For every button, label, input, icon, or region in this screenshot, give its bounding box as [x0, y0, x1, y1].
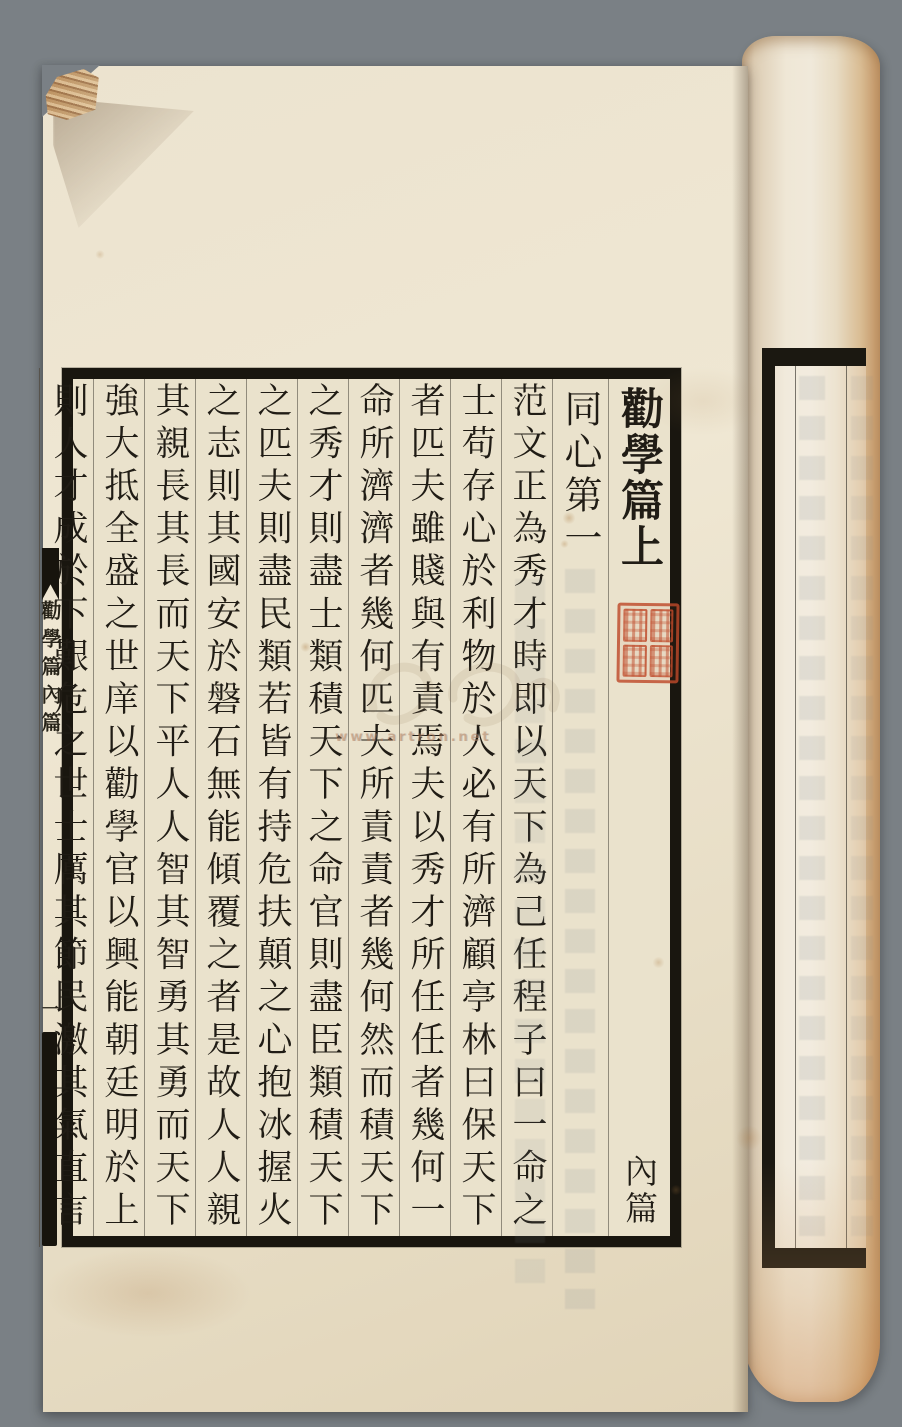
stain-patch — [643, 366, 763, 436]
book-page: 勸學篇內篇 一 勸學篇上內篇同心第一范文正為秀才時即以天下為己任程子曰一命之士苟… — [43, 66, 748, 1412]
column-text: 之秀才則盡士類積天下之命官則盡臣類積天下 — [298, 379, 348, 1236]
stain-spot — [560, 540, 569, 548]
text-column: 士苟存心於利物於人必有所濟顧亭林曰保天下 — [451, 379, 502, 1236]
rolled-page-column-rule — [846, 366, 847, 1248]
rolled-page — [742, 36, 880, 1402]
spine-black-bar — [42, 1032, 57, 1246]
ghost-showthrough-column — [565, 569, 595, 1309]
spine-fold-strip: 勸學篇內篇 一 — [39, 368, 62, 1247]
text-column: 之秀才則盡士類積天下之命官則盡臣類積天下 — [298, 379, 349, 1236]
text-column: 其親長其長而天下平人人智其智勇其勇而天下 — [145, 379, 196, 1236]
column-text: 勸學篇上 — [609, 379, 670, 1236]
red-seal-stamp — [616, 603, 679, 684]
stain-spot — [95, 250, 105, 259]
column-text: 者匹夫雖賤與有責焉夫以秀才所任任者幾何一 — [400, 379, 450, 1236]
text-column: 之志則其國安於磐石無能傾覆之者是故人人親 — [196, 379, 247, 1236]
stain-spot — [562, 512, 576, 524]
stain-spot — [735, 1126, 763, 1150]
stain-spot — [670, 1185, 682, 1195]
column-text: 之匹夫則盡民類若皆有持危扶顛之心抱冰握火 — [247, 379, 297, 1236]
text-column: 強大抵全盛之世庠以勸學官以興能朝廷明於上 — [94, 379, 145, 1236]
roll-toned-edge — [742, 1162, 880, 1402]
column-text: 其親長其長而天下平人人智其智勇其勇而天下 — [145, 379, 195, 1236]
spine-edge-line — [39, 368, 40, 1247]
stain-patch — [43, 1248, 253, 1338]
seal-glyph — [623, 609, 647, 642]
column-footer-text: 內篇 — [616, 1154, 663, 1228]
text-column: 命所濟濟者幾何匹夫所責責者幾何然而積天下 — [349, 379, 400, 1236]
torn-corner-shadow — [53, 98, 213, 228]
ghost-text-column — [851, 376, 873, 1236]
ghost-showthrough-column — [515, 579, 545, 1299]
seal-glyph — [623, 644, 647, 677]
column-text: 之志則其國安於磐石無能傾覆之者是故人人親 — [196, 379, 246, 1236]
column-text: 強大抵全盛之世庠以勸學官以興能朝廷明於上 — [94, 379, 144, 1236]
rolled-page-frame — [762, 348, 866, 1268]
stain-spot — [652, 957, 665, 968]
column-text: 士苟存心於利物於人必有所濟顧亭林曰保天下 — [451, 379, 501, 1236]
fishtail-mark — [42, 548, 59, 600]
seal-glyph — [650, 609, 674, 642]
page-number: 一 — [42, 995, 59, 1020]
spine-title: 勸學篇內篇 — [36, 600, 65, 740]
ghost-text-column — [799, 376, 825, 1236]
stain-spot — [300, 642, 311, 652]
text-frame: 勸學篇上內篇同心第一范文正為秀才時即以天下為己任程子曰一命之士苟存心於利物於人必… — [62, 368, 681, 1247]
rolled-page-column-rule — [795, 366, 796, 1248]
column-text: 命所濟濟者幾何匹夫所責責者幾何然而積天下 — [349, 379, 399, 1236]
page-roll-seam-shadow — [732, 66, 748, 1412]
seal-glyph — [649, 645, 673, 678]
text-column: 者匹夫雖賤與有責焉夫以秀才所任任者幾何一 — [400, 379, 451, 1236]
text-column: 之匹夫則盡民類若皆有持危扶顛之心抱冰握火 — [247, 379, 298, 1236]
title-column: 勸學篇上內篇 — [609, 379, 670, 1236]
